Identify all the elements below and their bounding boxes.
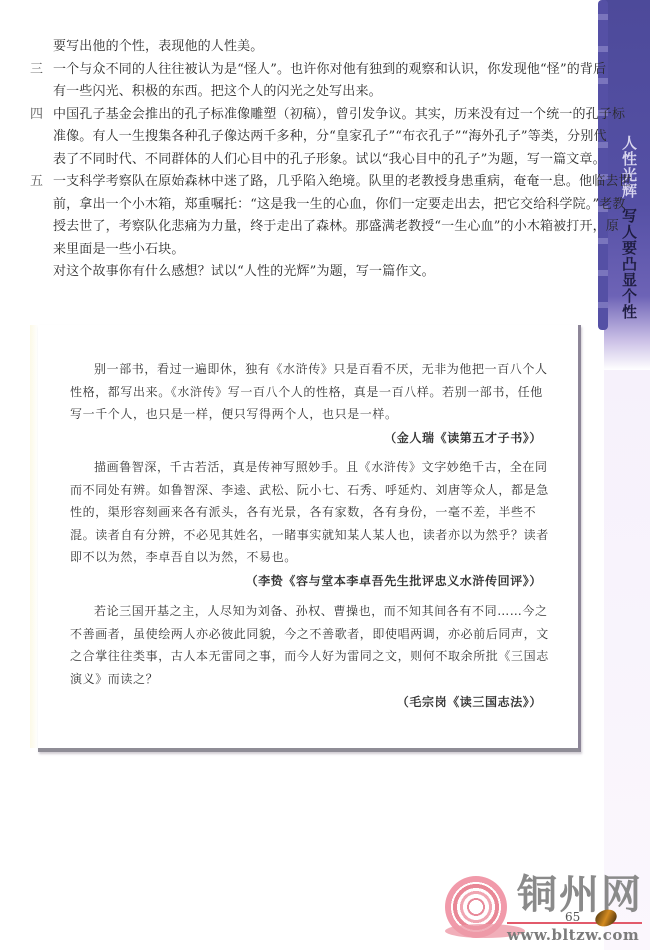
quote-line: 性的，渠形容刻画来各有派头，各有光景，各有家数，各有身份，一毫不差，半些不 bbox=[70, 501, 550, 524]
exercise-list: 要写出他的个性，表现他的人性美。 三 一个与众不同的人往往被认为是“怪人”。也许… bbox=[30, 36, 600, 284]
quote-line: 别一部书，看过一遍即休，独有《水浒传》只是百看不厌，无非为他把一百八个人 bbox=[70, 358, 550, 381]
exercise-item-3: 三 一个与众不同的人往往被认为是“怪人”。也许你对他有独到的观察和认识，你发现他… bbox=[30, 59, 600, 82]
quote-line: 之合掌往往类事，古人本无雷同之事，而今人好为雷同之文，则何不取余所批《三国志 bbox=[70, 645, 550, 668]
exercise-text: 有一些闪光、积极的东西。把这个人的闪光之处写出来。 bbox=[53, 81, 382, 104]
exercise-text: 授去世了，考察队化悲痛为力量，终于走出了森林。那盛满老教授“一生心血”的小木箱被… bbox=[53, 216, 619, 239]
quote-line: 演义》而读之？ bbox=[70, 668, 550, 691]
exercise-text: 来里面是一些小石块。 bbox=[53, 239, 185, 262]
exercise-item-4: 四 中国孔子基金会推出的孔子标准像雕塑（初稿），曾引发争议。其实，历来没有过一个… bbox=[30, 104, 600, 127]
exercise-line: 表了不同时代、不同群体的人们心目中的孔子形象。试以“我心目中的孔子”为题，写一篇… bbox=[30, 149, 600, 172]
exercise-text: 准像。有人一生搜集各种孔子像达两千多种，分“皇家孔子”“布衣孔子”“海外孔子”等… bbox=[53, 126, 607, 149]
exercise-continuation: 要写出他的个性，表现他的人性美。 bbox=[30, 36, 600, 59]
exercise-line: 前，拿出一个小木箱，郑重嘱托：“这是我一生的心血，你们一定要走出去，把它交给科学… bbox=[30, 194, 600, 217]
watermark-url: www.bltzw.com bbox=[507, 926, 639, 944]
exercise-text: 表了不同时代、不同群体的人们心目中的孔子形象。试以“我心目中的孔子”为题，写一篇… bbox=[53, 149, 606, 172]
sidebar-section-title: 写人要凸显个性 bbox=[618, 208, 638, 320]
quote-line: 若论三国开基之主，人尽知为刘备、孙权、曹操也，而不知其间各有不同……今之 bbox=[70, 600, 550, 623]
quotations-box: 别一部书，看过一遍即休，独有《水浒传》只是百看不厌，无非为他把一百八个人 性格，… bbox=[38, 325, 581, 752]
exercise-text: 中国孔子基金会推出的孔子标准像雕塑（初稿），曾引发争议。其实，历来没有过一个统一… bbox=[53, 104, 625, 127]
exercise-line: 有一些闪光、积极的东西。把这个人的闪光之处写出来。 bbox=[30, 81, 600, 104]
exercise-item-5: 五 一支科学考察队在原始森林中迷了路，几乎陷入绝境。队里的老教授身患重病，奄奄一… bbox=[30, 171, 600, 194]
quote-mao-zonggang: 若论三国开基之主，人尽知为刘备、孙权、曹操也，而不知其间各有不同……今之 不善画… bbox=[70, 600, 550, 714]
quote-source: （毛宗岗《读三国志法》） bbox=[70, 690, 550, 714]
exercise-number: 五 bbox=[30, 171, 50, 194]
exercise-number: 三 bbox=[30, 59, 50, 82]
page-number: 65 bbox=[565, 910, 580, 924]
exercise-text: 要写出他的个性，表现他的人性美。 bbox=[53, 36, 263, 59]
exercise-line: 对这个故事你有什么感想？试以“人性的光辉”为题，写一篇作文。 bbox=[30, 261, 600, 284]
exercise-number: 四 bbox=[30, 104, 50, 127]
textbook-page: 人性光辉 写人要凸显个性 要写出他的个性，表现他的人性美。 三 一个与众不同的人… bbox=[0, 0, 650, 950]
quote-line: 不善画者，虽使绘两人亦必彼此同貌，今之不善歌者，即使唱两调，亦必前后同声，文 bbox=[70, 623, 550, 646]
exercise-line: 来里面是一些小石块。 bbox=[30, 239, 600, 262]
quote-source: （金人瑞《读第五才子书》） bbox=[70, 426, 550, 450]
quote-line: 混。读者自有分辨，不必见其姓名，一睹事实就知某人某人也，读者亦以为然乎？读者 bbox=[70, 524, 550, 547]
quote-jin-renrui: 别一部书，看过一遍即休，独有《水浒传》只是百看不厌，无非为他把一百八个人 性格，… bbox=[70, 358, 550, 450]
quote-li-zhi: 描画鲁智深，千古若活，真是传神写照妙手。且《水浒传》文字妙绝千古，全在同 而不同… bbox=[70, 456, 550, 593]
quote-source: （李贽《容与堂本李卓吾先生批评忠义水浒传回评》） bbox=[70, 569, 550, 593]
quote-line: 而不同处有辨。如鲁智深、李逵、武松、阮小七、石秀、呼延灼、刘唐等众人，都是急 bbox=[70, 479, 550, 502]
quote-line: 性格，都写出来。《水浒传》写一百八个人的性格，真是一百八样。若别一部书，任他 bbox=[70, 381, 550, 404]
exercise-text: 前，拿出一个小木箱，郑重嘱托：“这是我一生的心血，你们一定要走出去，把它交给科学… bbox=[53, 194, 626, 217]
exercise-line: 授去世了，考察队化悲痛为力量，终于走出了森林。那盛满老教授“一生心血”的小木箱被… bbox=[30, 216, 600, 239]
exercise-text: 一支科学考察队在原始森林中迷了路，几乎陷入绝境。队里的老教授身患重病，奄奄一息。… bbox=[53, 171, 632, 194]
exercise-line: 准像。有人一生搜集各种孔子像达两千多种，分“皇家孔子”“布衣孔子”“海外孔子”等… bbox=[30, 126, 600, 149]
site-watermark: 铜州网 www.bltzw.com bbox=[445, 872, 650, 950]
quote-line: 写一千个人，也只是一样，便只写得两个人，也只是一样。 bbox=[70, 403, 550, 426]
quote-line: 描画鲁智深，千古若活，真是传神写照妙手。且《水浒传》文字妙绝千古，全在同 bbox=[70, 456, 550, 479]
sidebar-fade bbox=[604, 370, 650, 950]
exercise-text: 对这个故事你有什么感想？试以“人性的光辉”为题，写一篇作文。 bbox=[53, 261, 435, 284]
exercise-text: 一个与众不同的人往往被认为是“怪人”。也许你对他有独到的观察和认识，你发现他“怪… bbox=[53, 59, 606, 82]
quote-line: 即不以为然，李卓吾自以为然，不易也。 bbox=[70, 546, 550, 569]
